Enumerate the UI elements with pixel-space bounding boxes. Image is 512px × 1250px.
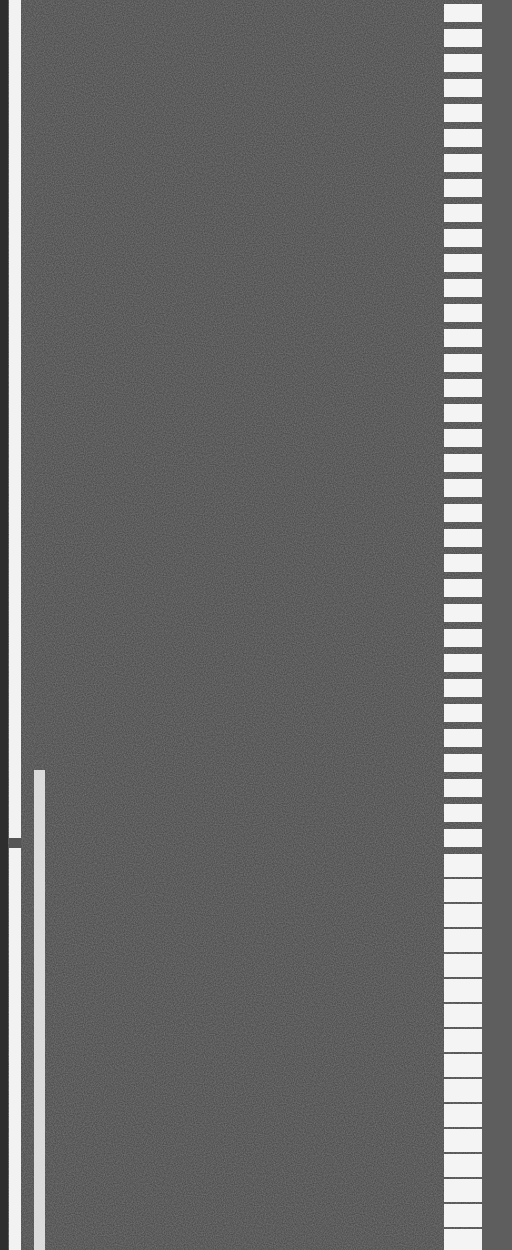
stripe-bar — [444, 679, 482, 697]
stripe-bar — [444, 454, 482, 472]
stripe-bar — [444, 529, 482, 547]
stripe-bar — [444, 779, 482, 797]
stripe-bar — [444, 729, 482, 747]
stripe-bar — [444, 1129, 482, 1152]
road-scene — [0, 0, 512, 1250]
stripe-bar — [444, 1104, 482, 1127]
stripe-bar — [444, 829, 482, 847]
stripe-bar — [444, 904, 482, 927]
stripe-bar — [444, 929, 482, 952]
stripe-bar — [444, 4, 482, 22]
stripe-bar — [444, 579, 482, 597]
stripe-bar — [444, 79, 482, 97]
stripe-bar — [444, 254, 482, 272]
stripe-bar — [444, 979, 482, 1002]
stripe-bar — [444, 354, 482, 372]
inner-lane-line — [34, 770, 45, 1250]
stripe-bar — [444, 379, 482, 397]
stripe-bar — [444, 104, 482, 122]
stripe-bar — [444, 154, 482, 172]
road-left-margin — [0, 0, 8, 1250]
stripe-bar — [444, 1079, 482, 1102]
stripe-bar — [444, 1029, 482, 1052]
stripe-bar — [444, 629, 482, 647]
stripe-bar — [444, 879, 482, 902]
stripe-bar — [444, 204, 482, 222]
stripe-bar — [444, 229, 482, 247]
stripe-bar — [444, 304, 482, 322]
stripe-bar — [444, 129, 482, 147]
stripe-bar — [444, 554, 482, 572]
stripe-bar — [444, 604, 482, 622]
stripe-bar — [444, 479, 482, 497]
stripe-bar — [444, 1229, 482, 1250]
asphalt-texture — [0, 0, 512, 1250]
stripe-bar — [444, 29, 482, 47]
stripe-bar — [444, 1054, 482, 1077]
right-stripe-ladder — [444, 0, 482, 1250]
stripe-bar — [444, 54, 482, 72]
stripe-bar — [444, 1204, 482, 1227]
stripe-bar — [444, 1154, 482, 1177]
stripe-bar — [444, 804, 482, 822]
stripe-bar — [444, 179, 482, 197]
stripe-bar — [444, 1004, 482, 1027]
stripe-bar — [444, 279, 482, 297]
stripe-bar — [444, 954, 482, 977]
stripe-bar — [444, 704, 482, 722]
stripe-bar — [444, 404, 482, 422]
edge-line-break — [9, 838, 21, 848]
stripe-bar — [444, 754, 482, 772]
stripe-bar — [444, 504, 482, 522]
stripe-bar — [444, 854, 482, 877]
right-shoulder — [482, 0, 512, 1250]
left-edge-line — [9, 0, 21, 1250]
stripe-bar — [444, 654, 482, 672]
stripe-bar — [444, 429, 482, 447]
stripe-bar — [444, 329, 482, 347]
stripe-bar — [444, 1179, 482, 1202]
